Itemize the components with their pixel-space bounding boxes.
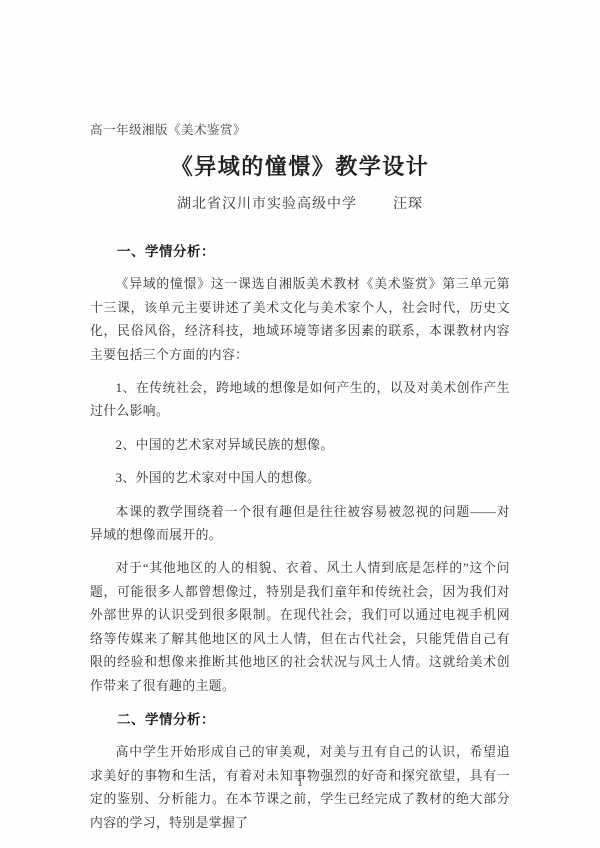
section1-paragraph-focus: 本课的教学围绕着一个很有趣但是往往被容易被忽视的问题——对异域的想像而展开的。 [90,501,510,548]
document-page: 高一年级湘版《美术鉴赏》 《异域的憧憬》教学设计 湖北省汉川市实验高级中学汪琛 … [0,0,600,848]
course-header-note: 高一年级湘版《美术鉴赏》 [90,120,510,140]
section1-paragraph-discussion: 对于“其他地区的人的相貌、衣着、风土人情到底是怎样的”这个问题，可能很多人都曾想… [90,557,510,697]
section1-list-item-2: 2、中国的艺术家对异域民族的想像。 [90,434,510,457]
section1-paragraph-intro: 《异域的憧憬》这一课选自湘版美术教材《美术鉴赏》第三单元第十三课，该单元主要讲述… [90,273,510,367]
page-number: 1 [0,772,600,792]
section1-list-item-1: 1、在传统社会，跨地域的想像是如何产生的，以及对美术创作产生过什么影响。 [90,377,510,424]
section1-list-item-3: 3、外国的艺术家对中国人的想像。 [90,467,510,490]
byline: 湖北省汉川市实验高级中学汪琛 [90,194,510,216]
document-title: 《异域的憧憬》教学设计 [90,150,510,184]
byline-school: 湖北省汉川市实验高级中学 [177,197,357,212]
section-heading-1: 一、学情分析： [90,240,510,263]
byline-author: 汪琛 [393,197,423,212]
section-heading-2: 二、学情分析： [90,708,510,731]
